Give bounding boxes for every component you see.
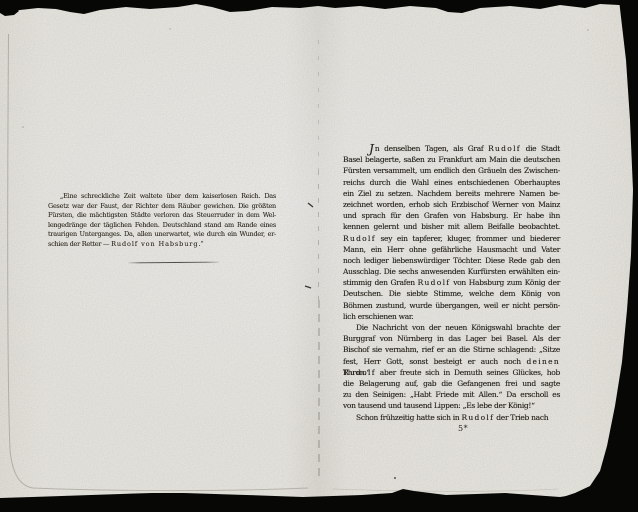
text-line: Basel belagerte, saßen zu Frankfurt am M…	[343, 154, 560, 165]
book-scan-spread: „Eine schreckliche Zeit waltete über dem…	[0, 0, 638, 512]
text-line: zeichnet worden, erhob sich Erzbischof W…	[343, 199, 560, 210]
text-line: Schon frühzeitig hatte sich in Rudolf de…	[343, 412, 560, 423]
text-line: Ausschlag. Die sechs anwesenden Kurfürst…	[343, 266, 560, 277]
text-line: Burggraf von Nürnberg in das Lager bei B…	[343, 333, 560, 344]
text-line: die Belagerung auf, gab die Gefangenen f…	[343, 378, 560, 389]
text-line: noch lediger liebenswürdiger Töchter. Di…	[343, 255, 560, 266]
text-line: Rudolf sey ein tapferer, kluger, frommer…	[343, 233, 560, 244]
body-text: Jn denselben Tagen, als Graf Rudolf die …	[343, 143, 560, 423]
text-line: zu den Seinigen: „Habt Friede mit Allen.…	[343, 389, 560, 400]
text-line: von tausend und tausend Lippen: „Es lebe…	[343, 400, 560, 411]
text-line: und sprach für den Grafen von Habsburg. …	[343, 210, 560, 221]
text-line: kennen gelernt und bisher mit allem Beif…	[343, 221, 560, 232]
text-line: stimmig den Grafen Rudolf von Habsburg z…	[343, 277, 560, 288]
text-line: Die Nachricht von der neuen Königswahl b…	[343, 322, 560, 333]
text-line: Mann, ein Herr ohne gefährliche Hausmach…	[343, 244, 560, 255]
text-line: reichs durch die Wahl eines entschiedene…	[343, 177, 560, 188]
text-line: Jn denselben Tagen, als Graf Rudolf die …	[343, 143, 560, 154]
text-line: Deutschen. Die siebte Stimme, welche dem…	[343, 288, 560, 299]
text-line: Bischof sie vernahm, rief er an die Stir…	[343, 344, 560, 355]
signature-mark: 5*	[458, 424, 468, 433]
text-line: Fürsten versammelt, um endlich den Gräue…	[343, 165, 560, 176]
text-line: ein Ziel zu setzen. Nachdem bereits mehr…	[343, 188, 560, 199]
right-page: Jn denselben Tagen, als Graf Rudolf die …	[0, 0, 638, 512]
text-line: lich erschienen war.	[343, 311, 560, 322]
text-line: fest, Herr Gott, sonst besteigt er auch …	[343, 356, 560, 367]
text-line: Rudolf aber freute sich in Demuth seines…	[343, 367, 560, 378]
text-line: Böhmen zustund, wurde übergangen, weil e…	[343, 300, 560, 311]
